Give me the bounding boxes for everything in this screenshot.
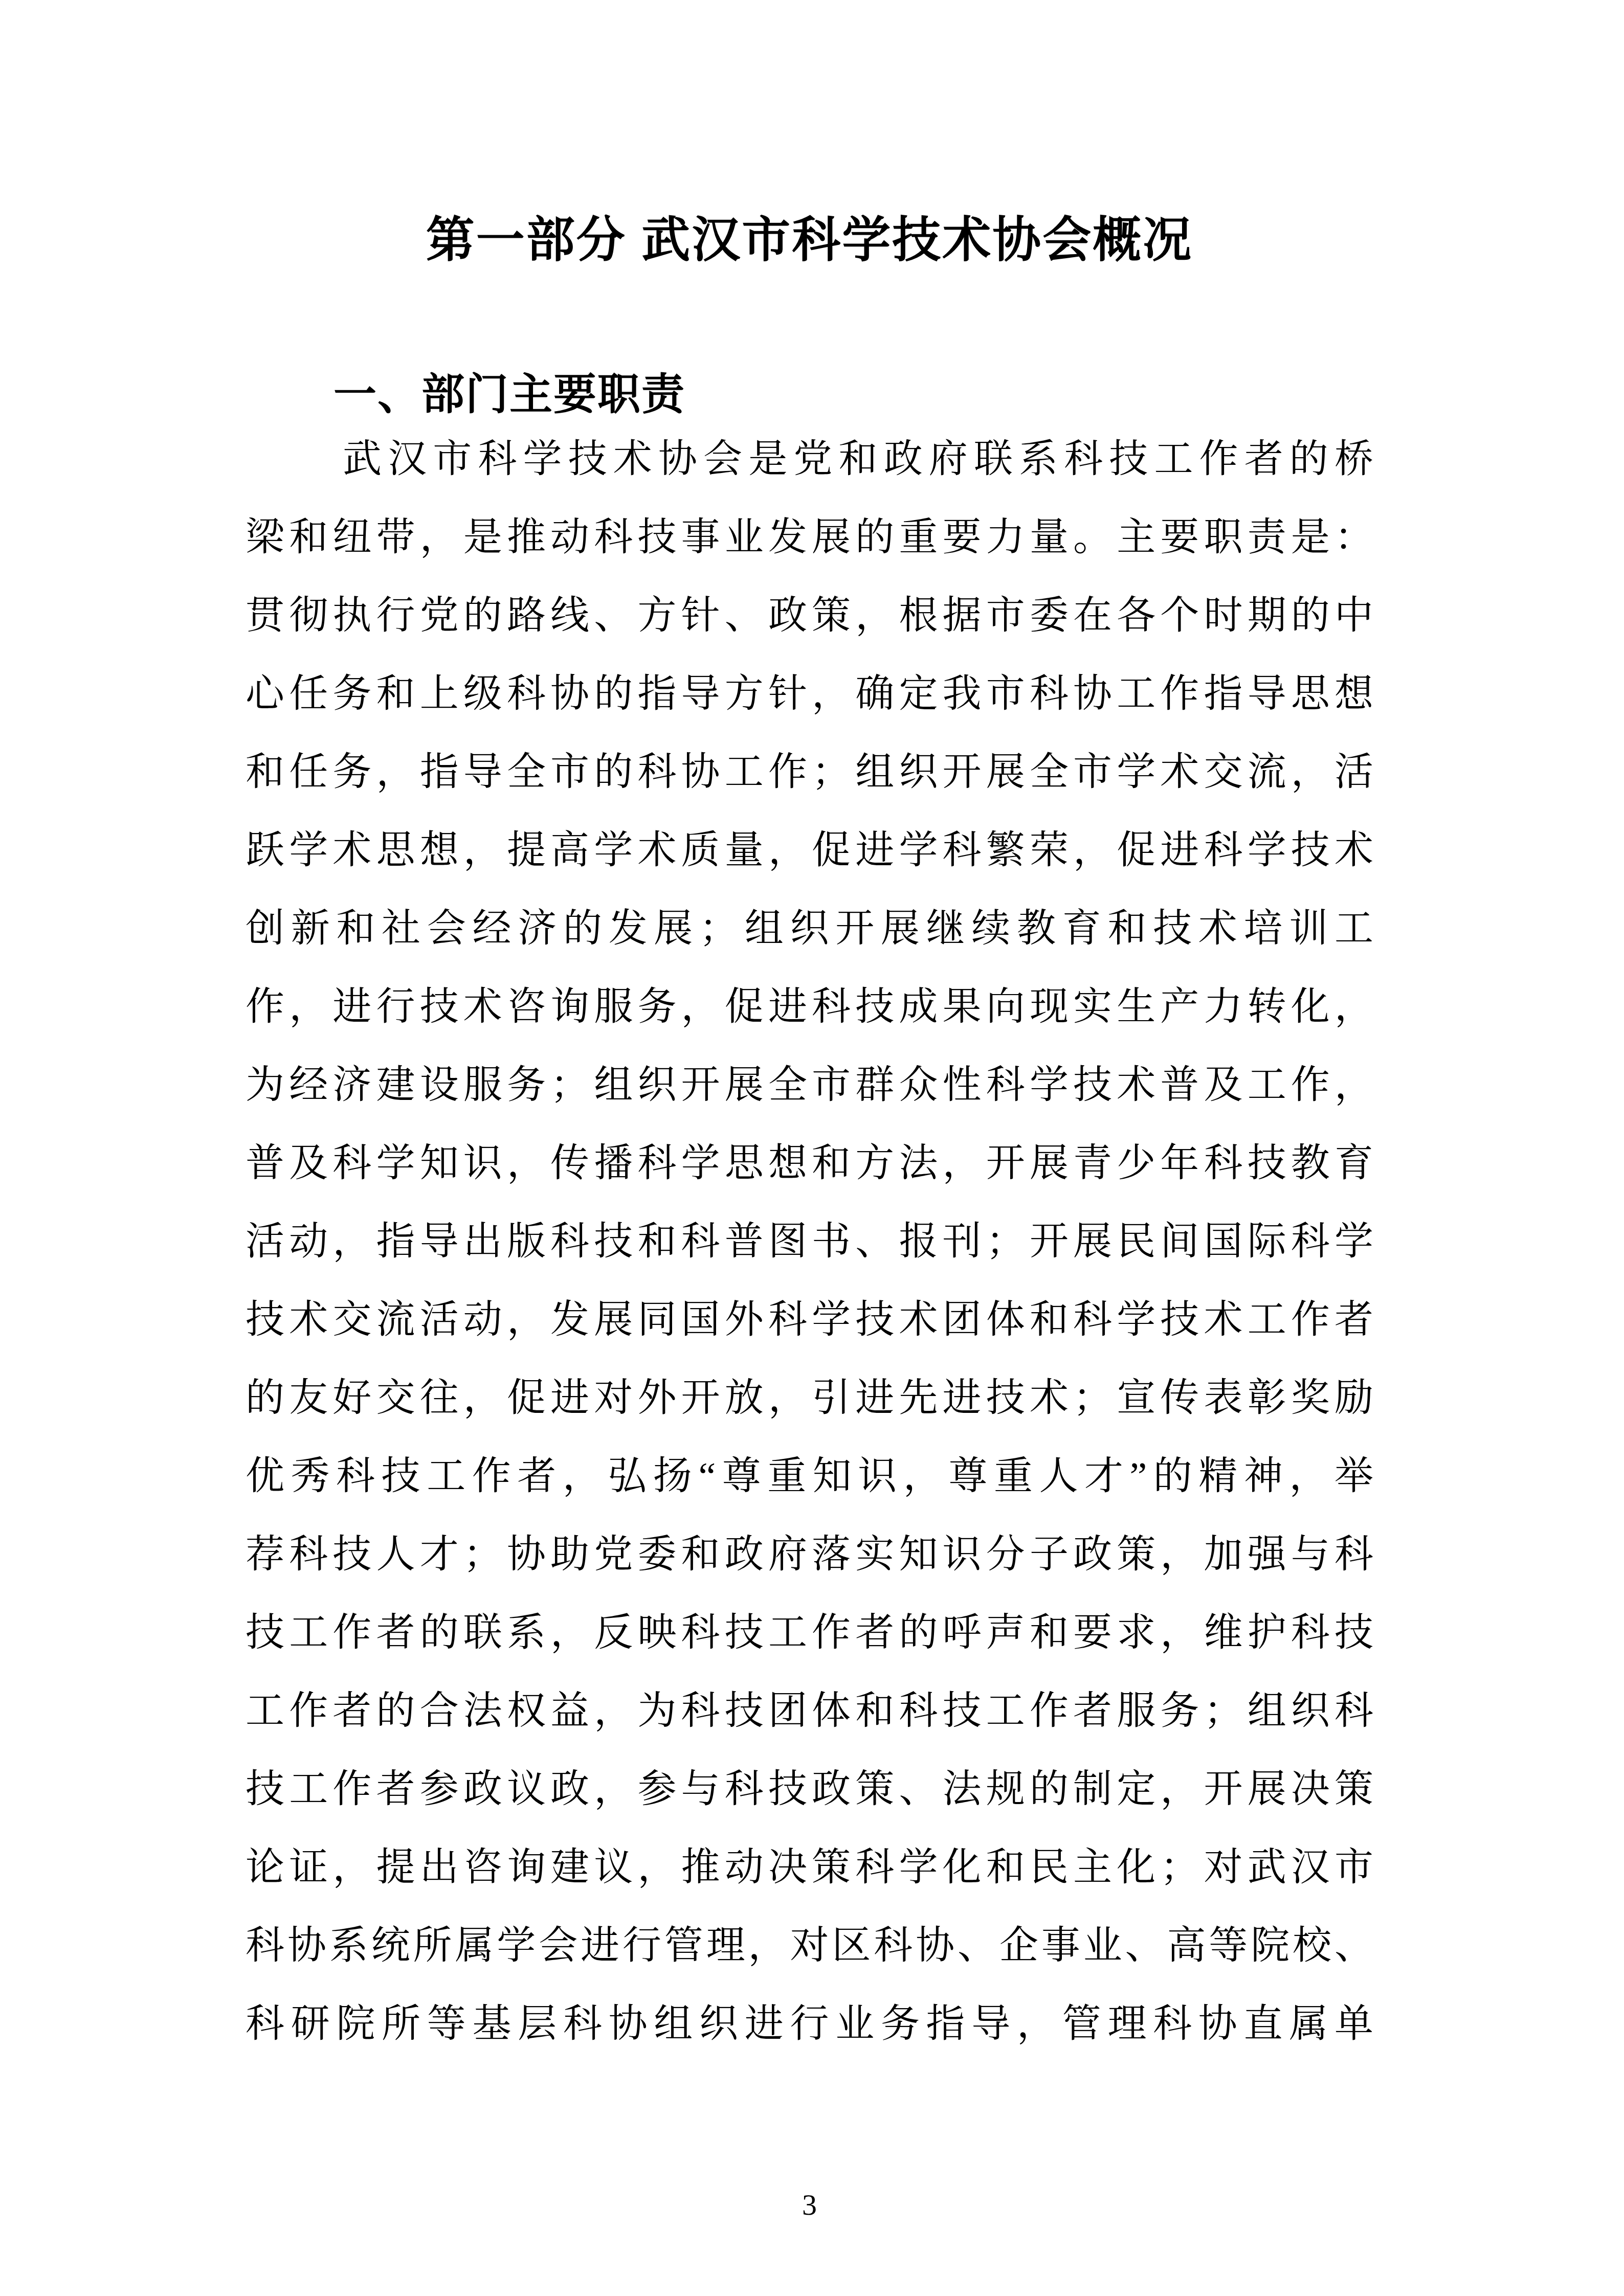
body-line: 工作者的合法权益，为科技团体和科技工作者服务；组织科 [246, 1672, 1373, 1750]
body-line: 普及科学知识，传播科学思想和方法，开展青少年科技教育 [246, 1124, 1373, 1203]
body-line: 心任务和上级科协的指导方针，确定我市科协工作指导思想 [246, 655, 1373, 733]
body-line: 活动，指导出版科技和科普图书、报刊；开展民间国际科学 [246, 1203, 1373, 1281]
body-line: 和任务，指导全市的科协工作；组织开展全市学术交流，活 [246, 733, 1373, 812]
body-line: 贯彻执行党的路线、方针、政策，根据市委在各个时期的中 [246, 577, 1373, 655]
page-number: 3 [246, 2185, 1373, 2225]
body-line: 技工作者的联系，反映科技工作者的呼声和要求，维护科技 [246, 1594, 1373, 1672]
body-line: 武汉市科学技术协会是党和政府联系科技工作者的桥 [246, 420, 1373, 499]
body-line: 为经济建设服务；组织开展全市群众性科学技术普及工作， [246, 1046, 1373, 1124]
body-paragraph: 武汉市科学技术协会是党和政府联系科技工作者的桥 梁和纽带，是推动科技事业发展的重… [246, 420, 1373, 2063]
body-line: 技术交流活动，发展同国外科学技术团体和科学技术工作者 [246, 1281, 1373, 1359]
body-line: 论证，提出咨询建议，推动决策科学化和民主化；对武汉市 [246, 1829, 1373, 1907]
body-line: 科研院所等基层科协组织进行业务指导，管理科协直属单 [246, 1985, 1373, 2063]
body-line: 荐科技人才；协助党委和政府落实知识分子政策，加强与科 [246, 1516, 1373, 1594]
body-line: 的友好交往，促进对外开放，引进先进技术；宣传表彰奖励 [246, 1359, 1373, 1437]
body-line: 作，进行技术咨询服务，促进科技成果向现实生产力转化， [246, 968, 1373, 1046]
body-line: 优秀科技工作者，弘扬“尊重知识，尊重人才”的精神，举 [246, 1437, 1373, 1516]
body-line: 创新和社会经济的发展；组织开展继续教育和技术培训工 [246, 890, 1373, 968]
body-line: 科协系统所属学会进行管理，对区科协、企事业、高等院校、 [246, 1907, 1373, 1985]
document-title: 第一部分 武汉市科学技术协会概况 [246, 211, 1373, 270]
body-line: 技工作者参政议政，参与科技政策、法规的制定，开展决策 [246, 1750, 1373, 1829]
body-line: 跃学术思想，提高学术质量，促进学科繁荣，促进科学技术 [246, 812, 1373, 890]
section-heading: 一、部门主要职责 [246, 368, 1373, 421]
body-line: 梁和纽带，是推动科技事业发展的重要力量。主要职责是： [246, 499, 1373, 577]
document-page: 第一部分 武汉市科学技术协会概况 一、部门主要职责 武汉市科学技术协会是党和政府… [0, 0, 1624, 2296]
